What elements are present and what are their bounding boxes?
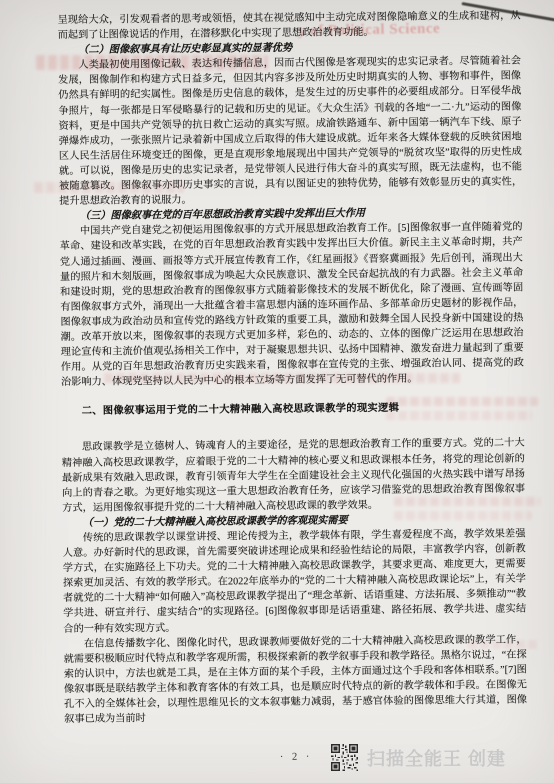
document-body: 呈现给大众，引发观看者的思考或领悟，使其在视觉感知中主动完成对图像隐喻意义的生成… — [0, 0, 554, 728]
paragraph: 呈现给大众，引发观看者的思考或领悟，使其在视觉感知中主动完成对图像隐喻意义的生成… — [57, 9, 520, 44]
paragraph: 人类最初使用图像记载、表达和传播信息，因而古代图像是客观现实的忠实记录者。尽管随… — [58, 54, 522, 209]
camscanner-label: 扫描全能王 创建 — [367, 745, 506, 771]
scanned-page: y of Political Science 呈现给大众，引发观看者的思考或领悟… — [0, 0, 554, 783]
paragraph: 中国共产党自建党之初便运用图像叙事的方式开展思想政治教育工作。[5]图像叙事一直… — [60, 220, 525, 390]
paragraph: 传统的思政课教学以课堂讲授、理论传授为主，教学载体有限，学生喜爱程度不高，教学效… — [62, 527, 526, 637]
camscanner-watermark: 扫描全能王 创建 — [331, 744, 506, 771]
qr-code-icon — [331, 744, 358, 771]
paragraph: 在信息传播数字化、图像化时代，思政课教师要做好党的二十大精神融入高校思政课的教学… — [63, 632, 527, 727]
heading-section: 二、图像叙事运用于党的二十大精神融入高校思政课教学的现实逻辑 — [61, 400, 524, 420]
page-content-tilt-wrapper: 呈现给大众，引发观看者的思考或领悟，使其在视觉感知中主动完成对图像隐喻意义的生成… — [0, 0, 554, 766]
paragraph: 思政课教学是立德树人、铸魂育人的主要途径，是党的思想政治教育工作的重要方式。党的… — [62, 436, 526, 516]
